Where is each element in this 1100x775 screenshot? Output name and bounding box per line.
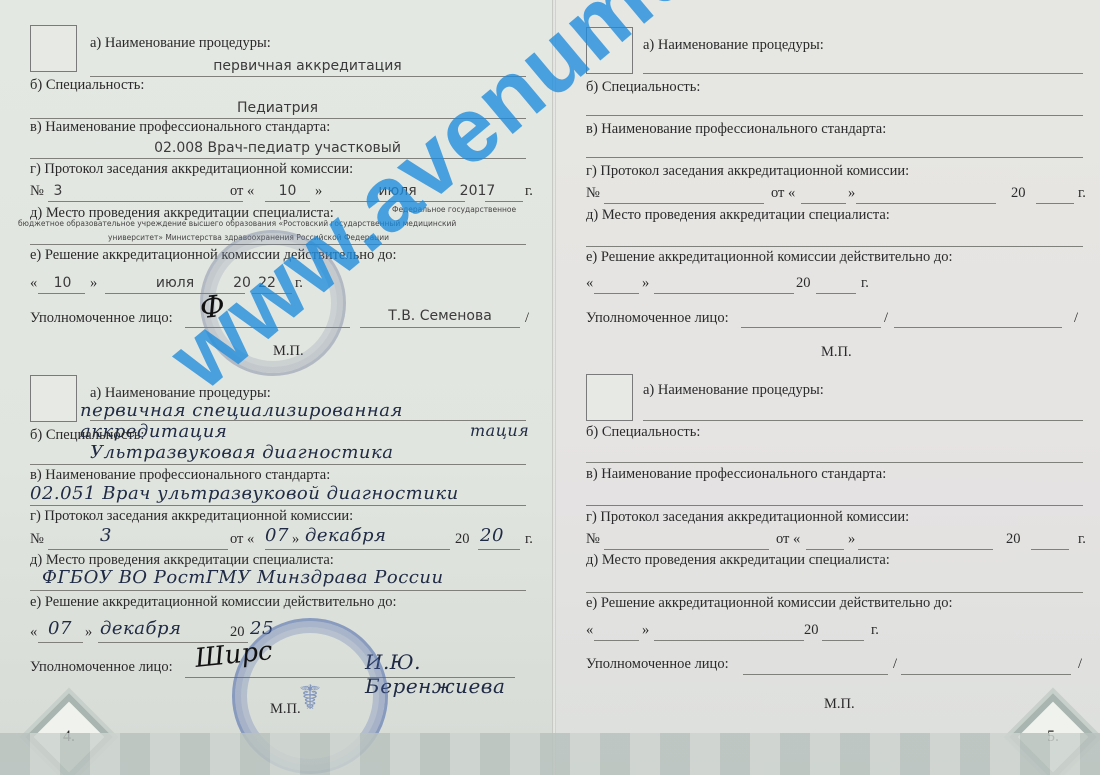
caduceus-icon: ☤ xyxy=(235,678,385,718)
from-label: от « xyxy=(776,531,800,548)
slash: / xyxy=(884,310,888,327)
entry-checkbox[interactable] xyxy=(30,375,77,422)
protocol-year-field[interactable] xyxy=(1031,549,1069,550)
protocol-number: 3 xyxy=(48,183,68,199)
protocol-year: 2017 xyxy=(455,183,500,199)
standard-field[interactable] xyxy=(586,505,1083,506)
protocol-month-field[interactable] xyxy=(858,549,993,550)
valid-until-label: е) Решение аккредитационной комиссии дей… xyxy=(586,595,953,612)
protocol-month: декабря xyxy=(305,525,386,546)
protocol-number-field[interactable] xyxy=(604,549,769,550)
standard-label: в) Наименование профессионального станда… xyxy=(30,467,330,484)
procedure-label: а) Наименование процедуры: xyxy=(643,37,824,54)
procedure-field[interactable] xyxy=(643,73,1083,74)
protocol-year: 20 xyxy=(480,525,504,546)
entry-checkbox[interactable] xyxy=(586,374,633,421)
protocol-label: г) Протокол заседания аккредитационной к… xyxy=(586,509,909,526)
procedure-value: первичная специализированная аккредитаци… xyxy=(80,400,530,442)
authorized-label: Уполномоченное лицо: xyxy=(30,659,173,676)
seal-label: М.П. xyxy=(821,344,852,361)
close-quote: » xyxy=(848,531,855,548)
close-quote: » xyxy=(848,185,855,202)
left-page: а) Наименование процедуры: первичная акк… xyxy=(0,0,552,775)
slash: / xyxy=(1074,310,1078,327)
protocol-month-field[interactable] xyxy=(856,203,996,204)
year-suffix: г. xyxy=(525,183,533,200)
open-quote: « xyxy=(586,622,593,639)
year-prefix: 20 xyxy=(796,275,811,292)
standard-label: в) Наименование профессионального станда… xyxy=(586,121,886,138)
procedure-value-cont: тация xyxy=(470,421,529,440)
slash: / xyxy=(1078,656,1082,673)
protocol-day-field[interactable] xyxy=(806,549,844,550)
from-label: от « xyxy=(230,531,254,548)
specialty-value: Педиатрия xyxy=(30,100,525,116)
year-prefix: 20 xyxy=(1006,531,1021,548)
year-prefix: 20 xyxy=(455,531,470,548)
slash: / xyxy=(893,656,897,673)
authorized-label: Уполномоченное лицо: xyxy=(586,656,729,673)
close-quote: » xyxy=(90,275,97,292)
signatory-name: И.Ю. Беренжиева xyxy=(365,650,530,698)
place-line-2: бюджетное образовательное учреждение выс… xyxy=(18,219,456,228)
signatory-field[interactable] xyxy=(901,674,1071,675)
entry-checkbox[interactable] xyxy=(586,27,633,74)
protocol-day: 10 xyxy=(265,183,310,199)
protocol-day: 07 xyxy=(265,525,289,546)
signature-field[interactable] xyxy=(743,674,888,675)
number-sign: № xyxy=(586,531,600,548)
specialty-label: б) Специальность: xyxy=(586,424,700,441)
place-label: д) Место проведения аккредитации специал… xyxy=(586,207,890,224)
entry-checkbox[interactable] xyxy=(30,25,77,72)
place-label: д) Место проведения аккредитации специал… xyxy=(586,552,890,569)
valid-day: 07 xyxy=(48,618,72,639)
valid-day-field[interactable] xyxy=(594,640,639,641)
valid-year-field[interactable] xyxy=(822,640,864,641)
signature-field[interactable] xyxy=(741,327,881,328)
slash: / xyxy=(525,310,529,327)
standard-field[interactable] xyxy=(586,157,1083,158)
procedure-label: а) Наименование процедуры: xyxy=(90,35,271,52)
signatory-name: Т.В. Семенова xyxy=(360,308,520,324)
standard-value: 02.051 Врач ультразвуковой диагностики xyxy=(30,483,459,504)
year-prefix: 20 xyxy=(804,622,819,639)
number-sign: № xyxy=(586,185,600,202)
valid-until-label: е) Решение аккредитационной комиссии дей… xyxy=(586,249,953,266)
protocol-number-field[interactable] xyxy=(604,203,764,204)
place-value: ФГБОУ ВО РостГМУ Минздрава России xyxy=(42,567,444,588)
specialty-label: б) Специальность: xyxy=(30,77,144,94)
authorized-label: Уполномоченное лицо: xyxy=(30,310,173,327)
number-sign: № xyxy=(30,183,44,200)
year-suffix: г. xyxy=(861,275,869,292)
close-quote: » xyxy=(642,622,649,639)
procedure-label: а) Наименование процедуры: xyxy=(643,382,824,399)
close-quote: » xyxy=(315,183,322,200)
protocol-day-field[interactable] xyxy=(801,203,846,204)
open-quote: « xyxy=(586,275,593,292)
number-sign: № xyxy=(30,531,44,548)
open-quote: « xyxy=(30,275,37,292)
valid-until-label: е) Решение аккредитационной комиссии дей… xyxy=(30,594,397,611)
valid-day-field[interactable] xyxy=(594,293,639,294)
procedure-value: первичная аккредитация xyxy=(90,58,525,74)
specialty-label: б) Специальность: xyxy=(586,79,700,96)
valid-month-field[interactable] xyxy=(654,640,804,641)
authorized-label: Уполномоченное лицо: xyxy=(586,310,729,327)
year-suffix: г. xyxy=(871,622,879,639)
protocol-month: июля xyxy=(330,183,465,199)
valid-day: 10 xyxy=(40,275,85,291)
year-suffix: г. xyxy=(1078,531,1086,548)
specialty-field[interactable] xyxy=(586,115,1083,116)
from-label: от « xyxy=(230,183,254,200)
from-label: от « xyxy=(771,185,795,202)
place-field[interactable] xyxy=(586,592,1083,593)
valid-month: декабря xyxy=(100,618,181,639)
seal-label: М.П. xyxy=(824,696,855,713)
place-field[interactable] xyxy=(586,246,1083,247)
standard-value: 02.008 Врач-педиатр участковый xyxy=(30,140,525,156)
year-prefix: 20 xyxy=(1011,185,1026,202)
protocol-label: г) Протокол заседания аккредитационной к… xyxy=(30,508,353,525)
close-quote: » xyxy=(85,624,92,641)
protocol-number: 3 xyxy=(100,525,130,546)
open-quote: « xyxy=(30,624,37,641)
procedure-field[interactable] xyxy=(643,420,1083,421)
specialty-value: Ультразвуковая диагностика xyxy=(90,442,394,463)
signatory-field[interactable] xyxy=(894,327,1062,328)
signature: Ф xyxy=(198,289,226,326)
standard-label: в) Наименование профессионального станда… xyxy=(586,466,886,483)
specialty-field[interactable] xyxy=(586,462,1083,463)
decorative-border xyxy=(0,733,1100,775)
valid-year-field[interactable] xyxy=(816,293,856,294)
standard-label: в) Наименование профессионального станда… xyxy=(30,119,330,136)
protocol-label: г) Протокол заседания аккредитационной к… xyxy=(586,163,909,180)
right-page: а) Наименование процедуры: б) Специально… xyxy=(556,0,1100,775)
protocol-year-field[interactable] xyxy=(1036,203,1074,204)
place-line-1: Федеральное государственное xyxy=(392,205,516,214)
close-quote: » xyxy=(292,531,299,548)
close-quote: » xyxy=(642,275,649,292)
year-suffix: г. xyxy=(525,531,533,548)
valid-month-field[interactable] xyxy=(654,293,794,294)
protocol-label: г) Протокол заседания аккредитационной к… xyxy=(30,161,353,178)
year-suffix: г. xyxy=(1078,185,1086,202)
